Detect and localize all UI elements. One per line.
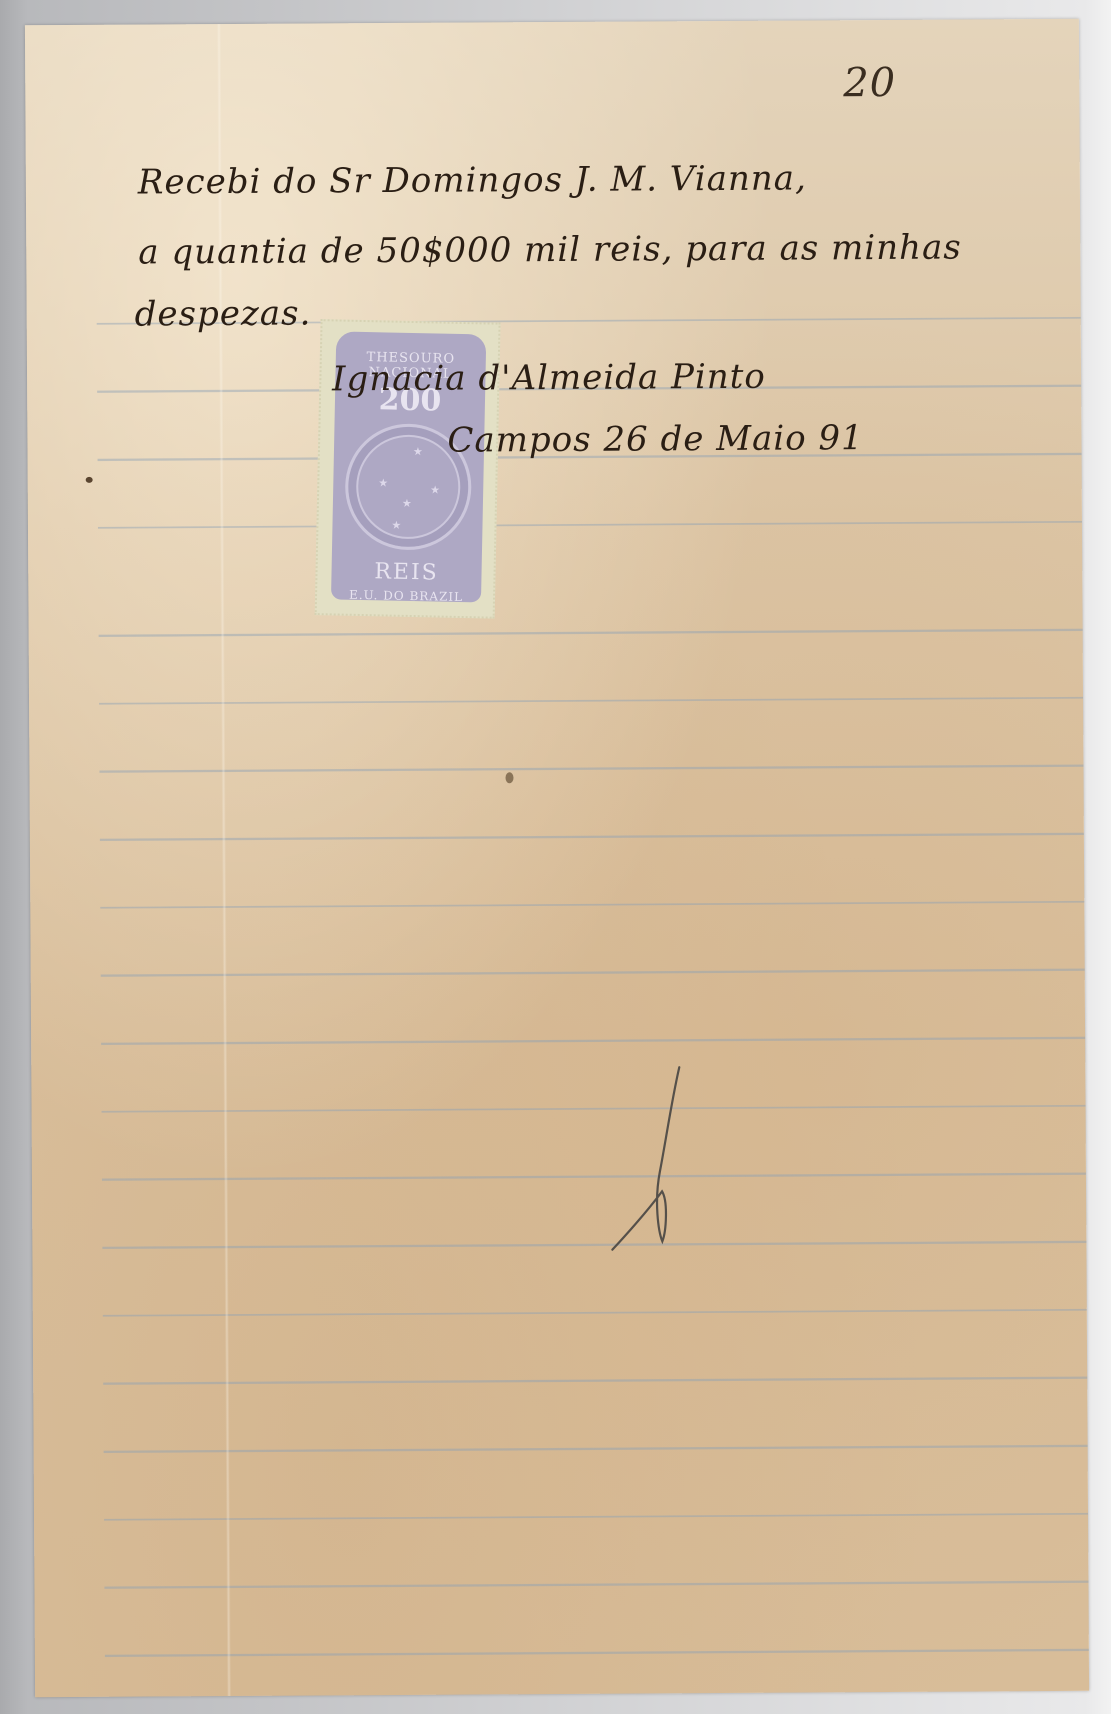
ink-spot — [86, 477, 93, 483]
stain-spot — [505, 772, 513, 783]
folio-number: 20 — [843, 60, 896, 106]
place-date: Campos 26 de Maio 91 — [447, 418, 864, 461]
receipt-line-2: a quantia de 50$000 mil reis, para as mi… — [138, 228, 962, 273]
stamp-bottom-text: E.U. DO BRAZIL — [331, 587, 481, 602]
receipt-line-1: Recebi do Sr Domingos J. M. Vianna, — [138, 158, 807, 202]
signature: Ignacia d'Almeida Pinto — [332, 357, 766, 400]
receipt-line-3: despezas. — [135, 293, 312, 334]
ruled-lines — [97, 291, 1090, 1697]
paper-sheet: 20 Recebi do Sr Domingos J. M. Vianna, a… — [25, 19, 1089, 1697]
stamp-currency: REIS — [331, 558, 481, 586]
pencil-s-mark-icon — [591, 1061, 712, 1262]
